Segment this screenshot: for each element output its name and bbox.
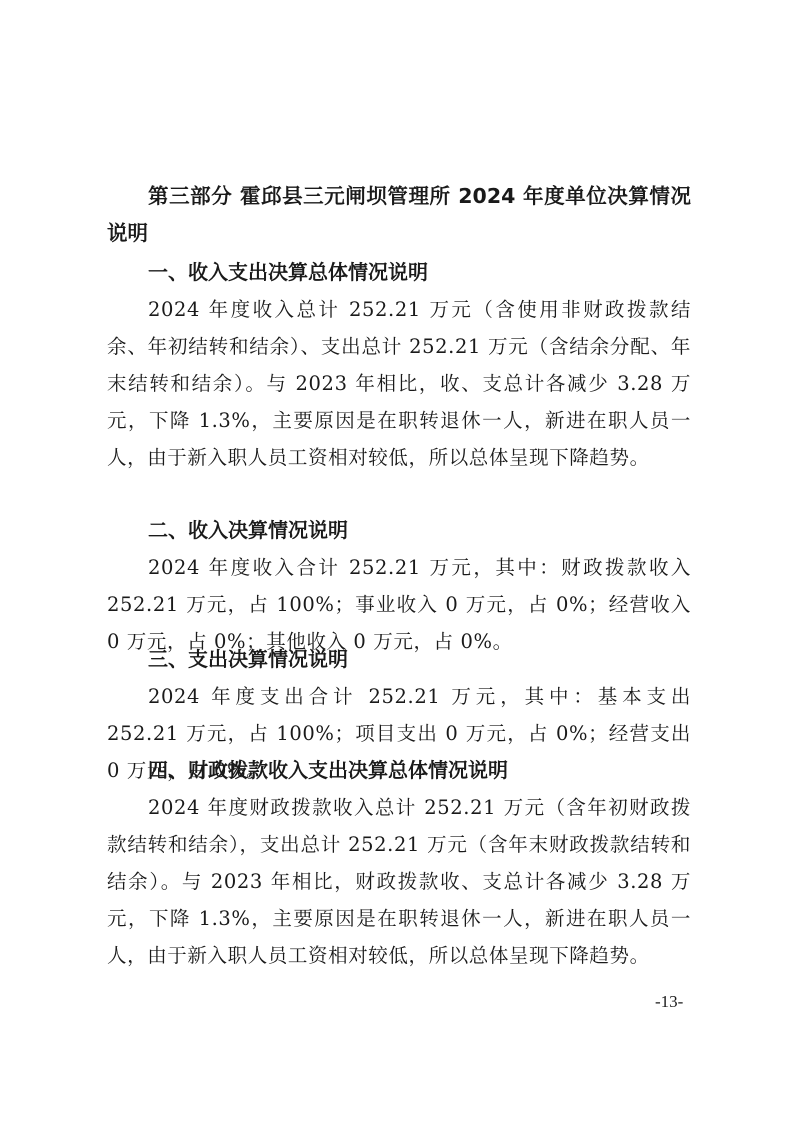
section-heading-3: 三、支出决算情况说明 [107, 641, 691, 678]
part-title: 第三部分 霍邱县三元闸坝管理所 2024 年度单位决算情况说明 [107, 178, 691, 252]
section-paragraph-1: 2024 年度收入总计 252.21 万元（含使用非财政拨款结余、年初结转和结余… [107, 291, 691, 476]
section-heading-4: 四、财政拨款收入支出决算总体情况说明 [107, 752, 691, 789]
document-page: 第三部分 霍邱县三元闸坝管理所 2024 年度单位决算情况说明 一、收入支出决算… [0, 0, 793, 1122]
section-heading-2: 二、收入决算情况说明 [107, 512, 691, 549]
section-heading-1: 一、收入支出决算总体情况说明 [107, 254, 691, 291]
page-number: -13- [655, 992, 683, 1012]
section-paragraph-4: 2024 年度财政拨款收入总计 252.21 万元（含年初财政拨款结转和结余），… [107, 789, 691, 974]
